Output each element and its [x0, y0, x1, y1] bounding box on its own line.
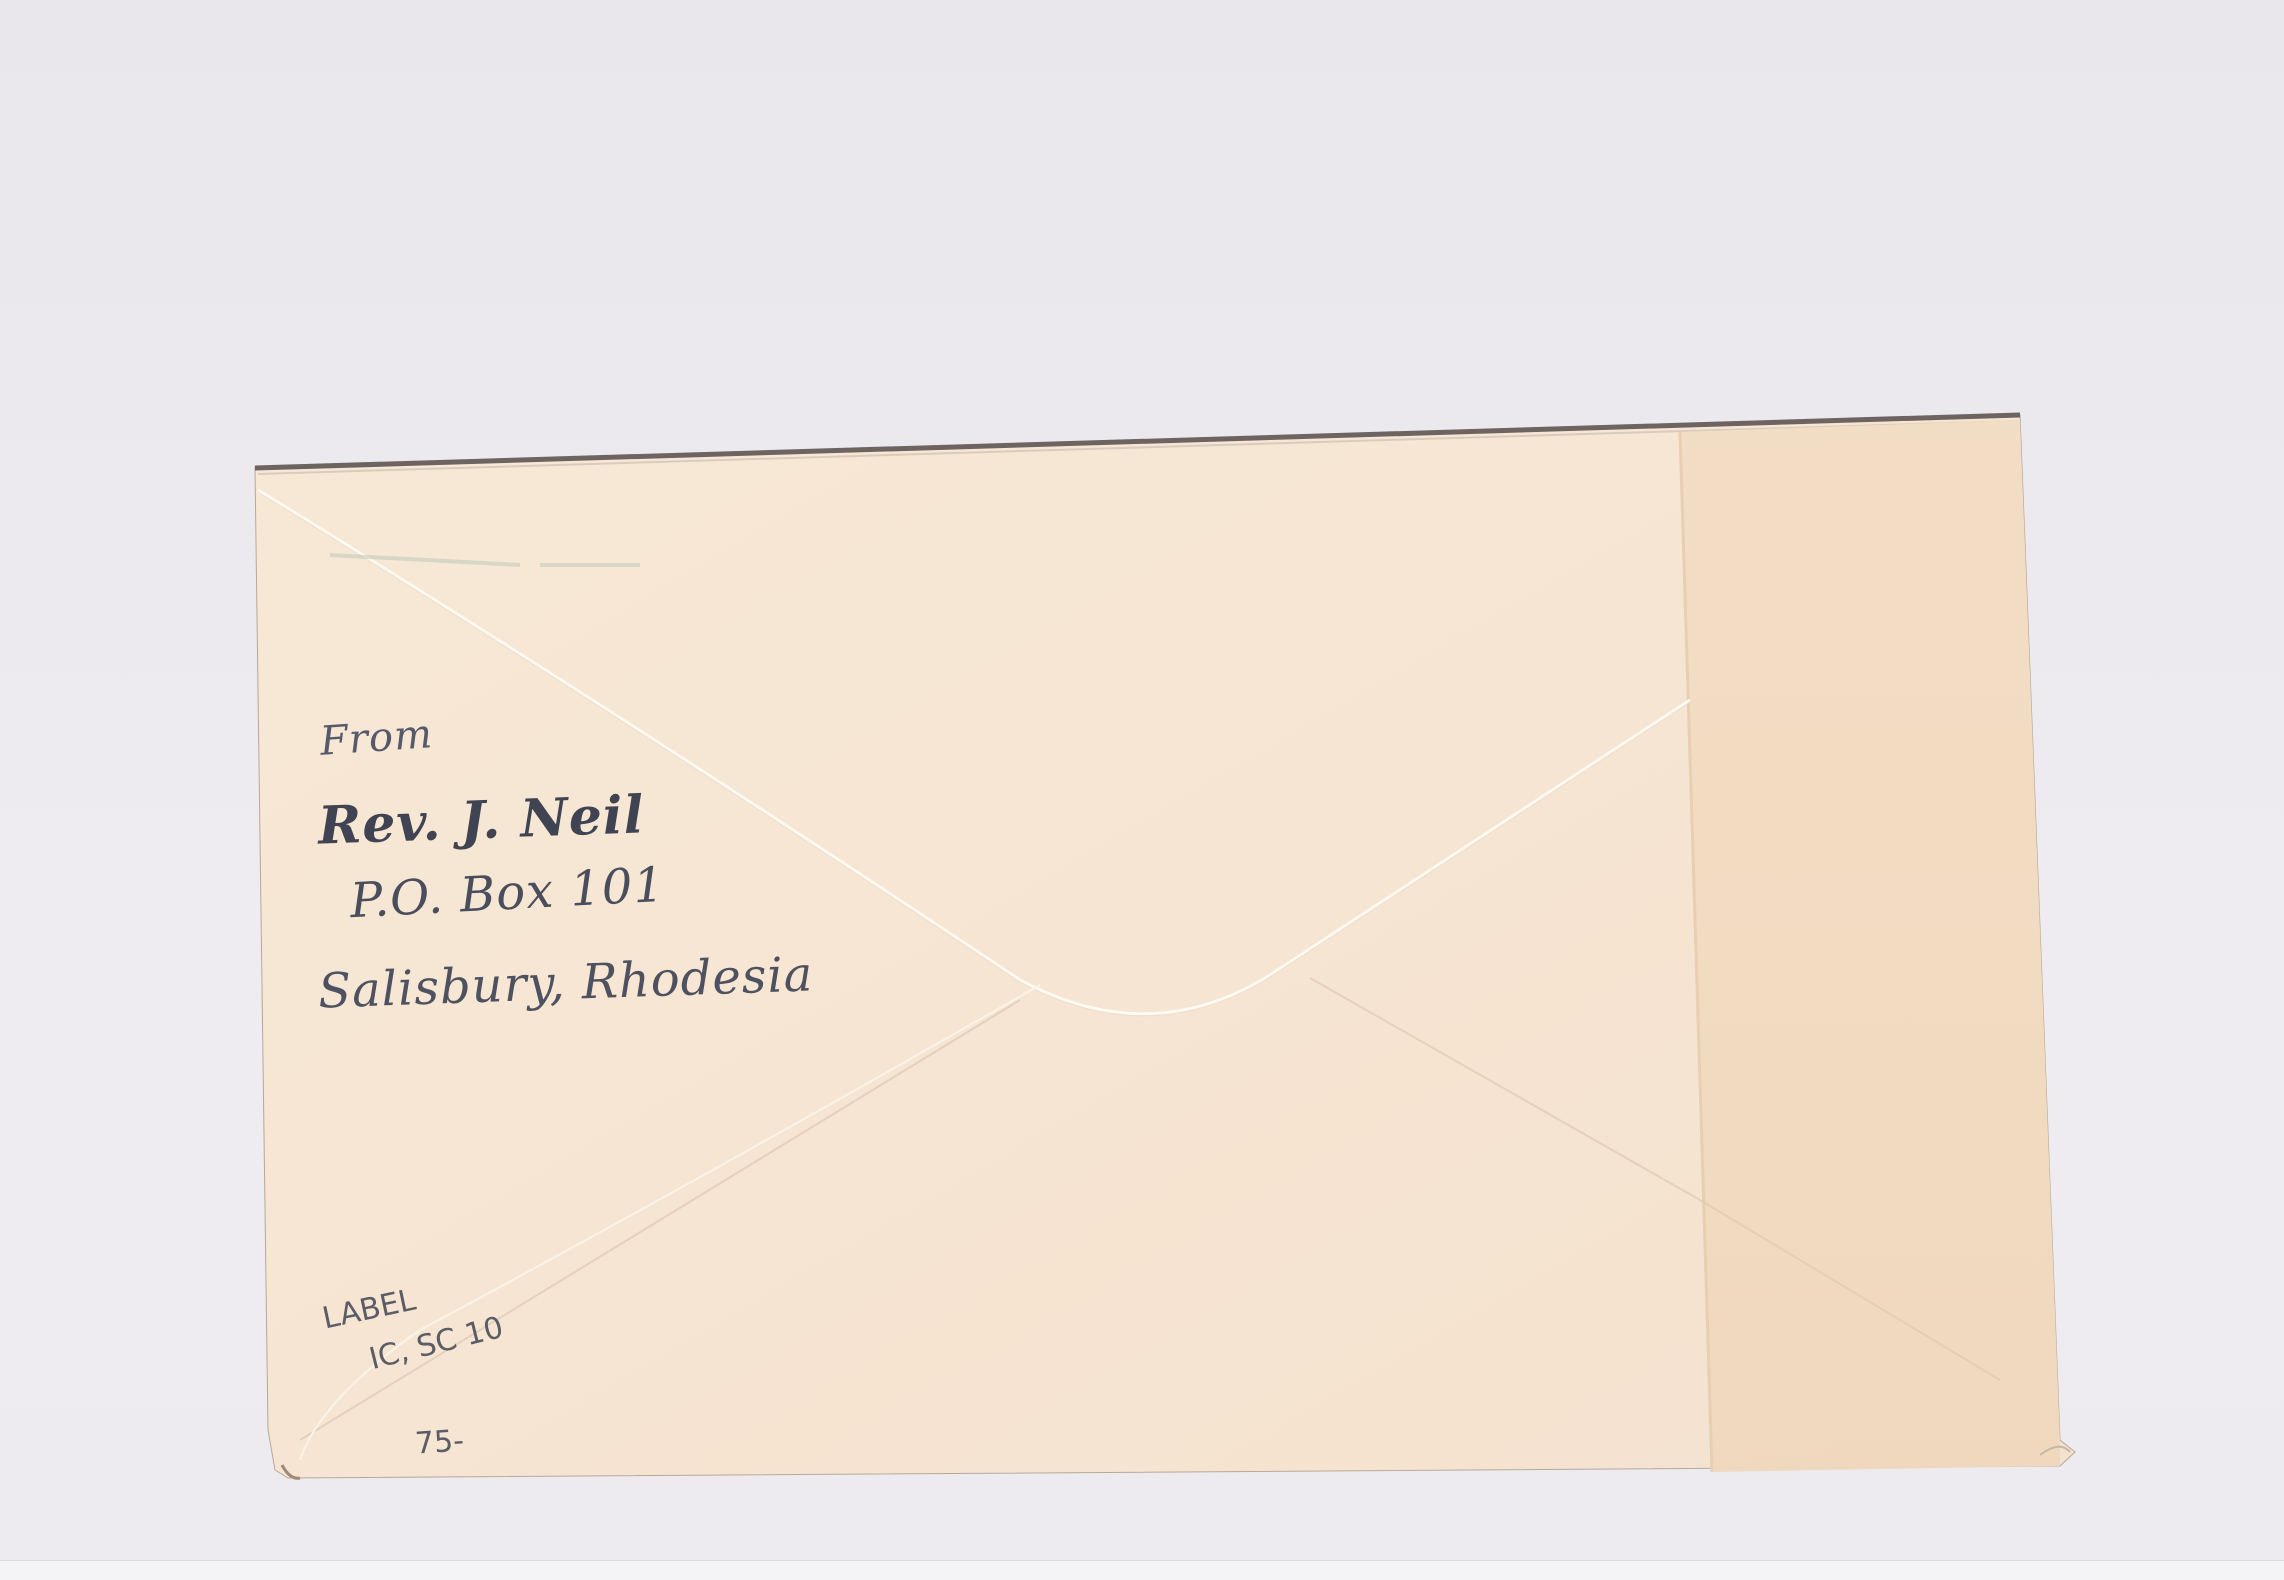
envelope: From Rev. J. Neil P.O. Box 101 Salisbury… [0, 0, 2284, 1580]
sender-name: Rev. J. Neil [317, 784, 645, 856]
envelope-shape [0, 0, 2284, 1580]
pencil-note-price: 75- [414, 1423, 465, 1461]
from-label: From [319, 711, 435, 765]
